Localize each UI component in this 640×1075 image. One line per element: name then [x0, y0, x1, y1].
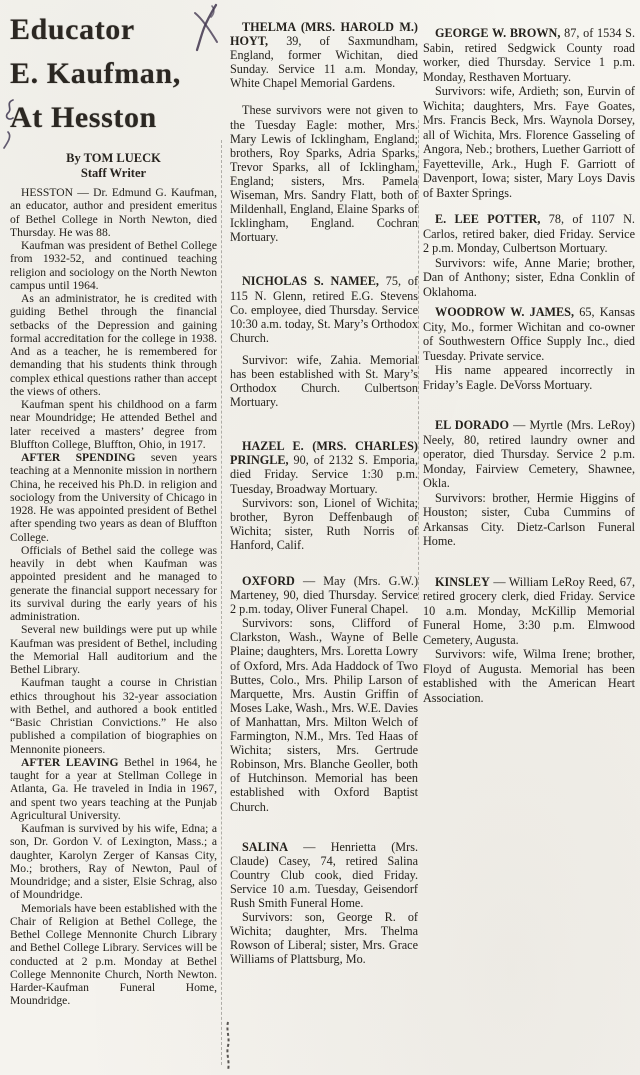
- headline-line: Educator: [10, 8, 217, 52]
- headline-line: At Hesston: [10, 96, 217, 140]
- byline-author: By TOM LUECK: [10, 151, 217, 166]
- deceased-name: EL DORADO: [435, 418, 509, 432]
- obituary-paragraph: Survivors: wife, Wilma Irene; brother, F…: [423, 647, 635, 705]
- byline-role: Staff Writer: [10, 166, 217, 181]
- obituary-paragraph: Survivors: sons, Clifford of Clarkston, …: [230, 616, 418, 813]
- obituary-paragraph: These survivors were not given to the Tu…: [230, 103, 418, 244]
- article-paragraph: Memorials have been established with the…: [10, 902, 217, 1008]
- article-headline: Educator E. Kaufman, At Hesston: [10, 8, 217, 140]
- deceased-name: WOODROW W. JAMES,: [435, 305, 574, 319]
- obituary-paragraph: NICHOLAS S. NAMEE, 75, of 115 N. Glenn, …: [230, 274, 418, 344]
- article-body: HESSTON — Dr. Edmund G. Kaufman, an educ…: [10, 186, 217, 1008]
- obituary-paragraph: His name appeared incorrectly in Friday’…: [423, 363, 635, 392]
- byline: By TOM LUECK Staff Writer: [10, 151, 217, 181]
- deceased-name: E. LEE POTTER,: [435, 212, 540, 226]
- deceased-name: NICHOLAS S. NAMEE,: [242, 274, 379, 288]
- obituary-paragraph: Survivors: wife, Ardieth; son, Eurvin of…: [423, 84, 635, 200]
- obituaries-column-1: THELMA (MRS. HAROLD M.) HOYT, 39, of Sax…: [230, 20, 418, 966]
- obituary-paragraph: Survivors: brother, Hermie Higgins of Ho…: [423, 491, 635, 549]
- obituaries-column-2: GEORGE W. BROWN, 87, of 1534 S. Sabin, r…: [423, 26, 635, 705]
- obituary-paragraph: KINSLEY — William LeRoy Reed, 67, retire…: [423, 575, 635, 648]
- newspaper-clipping: Educator E. Kaufman, At Hesston By TOM L…: [0, 0, 640, 1075]
- obituary: THELMA (MRS. HAROLD M.) HOYT, 39, of Sax…: [230, 20, 418, 244]
- article-paragraph: Kaufman is survived by his wife, Edna; a…: [10, 822, 217, 902]
- obituary: GEORGE W. BROWN, 87, of 1534 S. Sabin, r…: [423, 26, 635, 200]
- article-paragraph: Kaufman taught a course in Christian eth…: [10, 676, 217, 756]
- obituary-paragraph: EL DORADO — Myrtle (Mrs. LeRoy) Neely, 8…: [423, 418, 635, 491]
- article-paragraph: Kaufman was president of Bethel College …: [10, 239, 217, 292]
- article-paragraph: Kaufman spent his childhood on a farm ne…: [10, 398, 217, 451]
- obituary-paragraph: E. LEE POTTER, 78, of 1107 N. Carlos, re…: [423, 212, 635, 256]
- article-paragraph: Several new buildings were put up while …: [10, 623, 217, 676]
- obituary: HAZEL E. (MRS. CHARLES) PRINGLE, 90, of …: [230, 439, 418, 552]
- obituary-paragraph: THELMA (MRS. HAROLD M.) HOYT, 39, of Sax…: [230, 20, 418, 90]
- obituary: NICHOLAS S. NAMEE, 75, of 115 N. Glenn, …: [230, 274, 418, 409]
- obituary: SALINA — Henrietta (Mrs. Claude) Casey, …: [230, 840, 418, 967]
- obituary-paragraph: Survivors: wife, Anne Marie; brother, Da…: [423, 256, 635, 300]
- obituary: E. LEE POTTER, 78, of 1107 N. Carlos, re…: [423, 212, 635, 299]
- deceased-name: SALINA: [242, 840, 288, 854]
- article-column: Educator E. Kaufman, At Hesston By TOM L…: [10, 6, 217, 1008]
- article-paragraph: HESSTON — Dr. Edmund G. Kaufman, an educ…: [10, 186, 217, 239]
- deceased-name: OXFORD: [242, 574, 295, 588]
- deceased-name: GEORGE W. BROWN,: [435, 26, 560, 40]
- obituary: WOODROW W. JAMES, 65, Kansas City, Mo., …: [423, 305, 635, 392]
- obituary-paragraph: Survivors: son, Lionel of Wichita; broth…: [230, 496, 418, 552]
- article-paragraph: As an administrator, he is credited with…: [10, 292, 217, 398]
- obituary: OXFORD — May (Mrs. G.W.) Marteney, 90, d…: [230, 574, 418, 814]
- article-paragraph: AFTER LEAVING Bethel in 1964, he taught …: [10, 756, 217, 822]
- obituary-paragraph: HAZEL E. (MRS. CHARLES) PRINGLE, 90, of …: [230, 439, 418, 495]
- headline-line: E. Kaufman,: [10, 52, 217, 96]
- obituary-paragraph: SALINA — Henrietta (Mrs. Claude) Casey, …: [230, 840, 418, 910]
- column-divider: [221, 140, 222, 1065]
- obituary-paragraph: Survivor: wife, Zahia. Memorial has been…: [230, 353, 418, 409]
- obituary-paragraph: Survivors: son, George R. of Wichita; da…: [230, 910, 418, 966]
- obituary-paragraph: WOODROW W. JAMES, 65, Kansas City, Mo., …: [423, 305, 635, 363]
- deceased-name: KINSLEY: [435, 575, 490, 589]
- article-paragraph: Officials of Bethel said the college was…: [10, 544, 217, 624]
- scan-smudge-mark: [223, 1020, 233, 1072]
- obituary-paragraph: GEORGE W. BROWN, 87, of 1534 S. Sabin, r…: [423, 26, 635, 84]
- obituary: EL DORADO — Myrtle (Mrs. LeRoy) Neely, 8…: [423, 418, 635, 549]
- obituary-paragraph: OXFORD — May (Mrs. G.W.) Marteney, 90, d…: [230, 574, 418, 616]
- obituary: KINSLEY — William LeRoy Reed, 67, retire…: [423, 575, 635, 706]
- column-divider: [418, 120, 419, 600]
- article-paragraph: AFTER SPENDING seven years teaching at a…: [10, 451, 217, 544]
